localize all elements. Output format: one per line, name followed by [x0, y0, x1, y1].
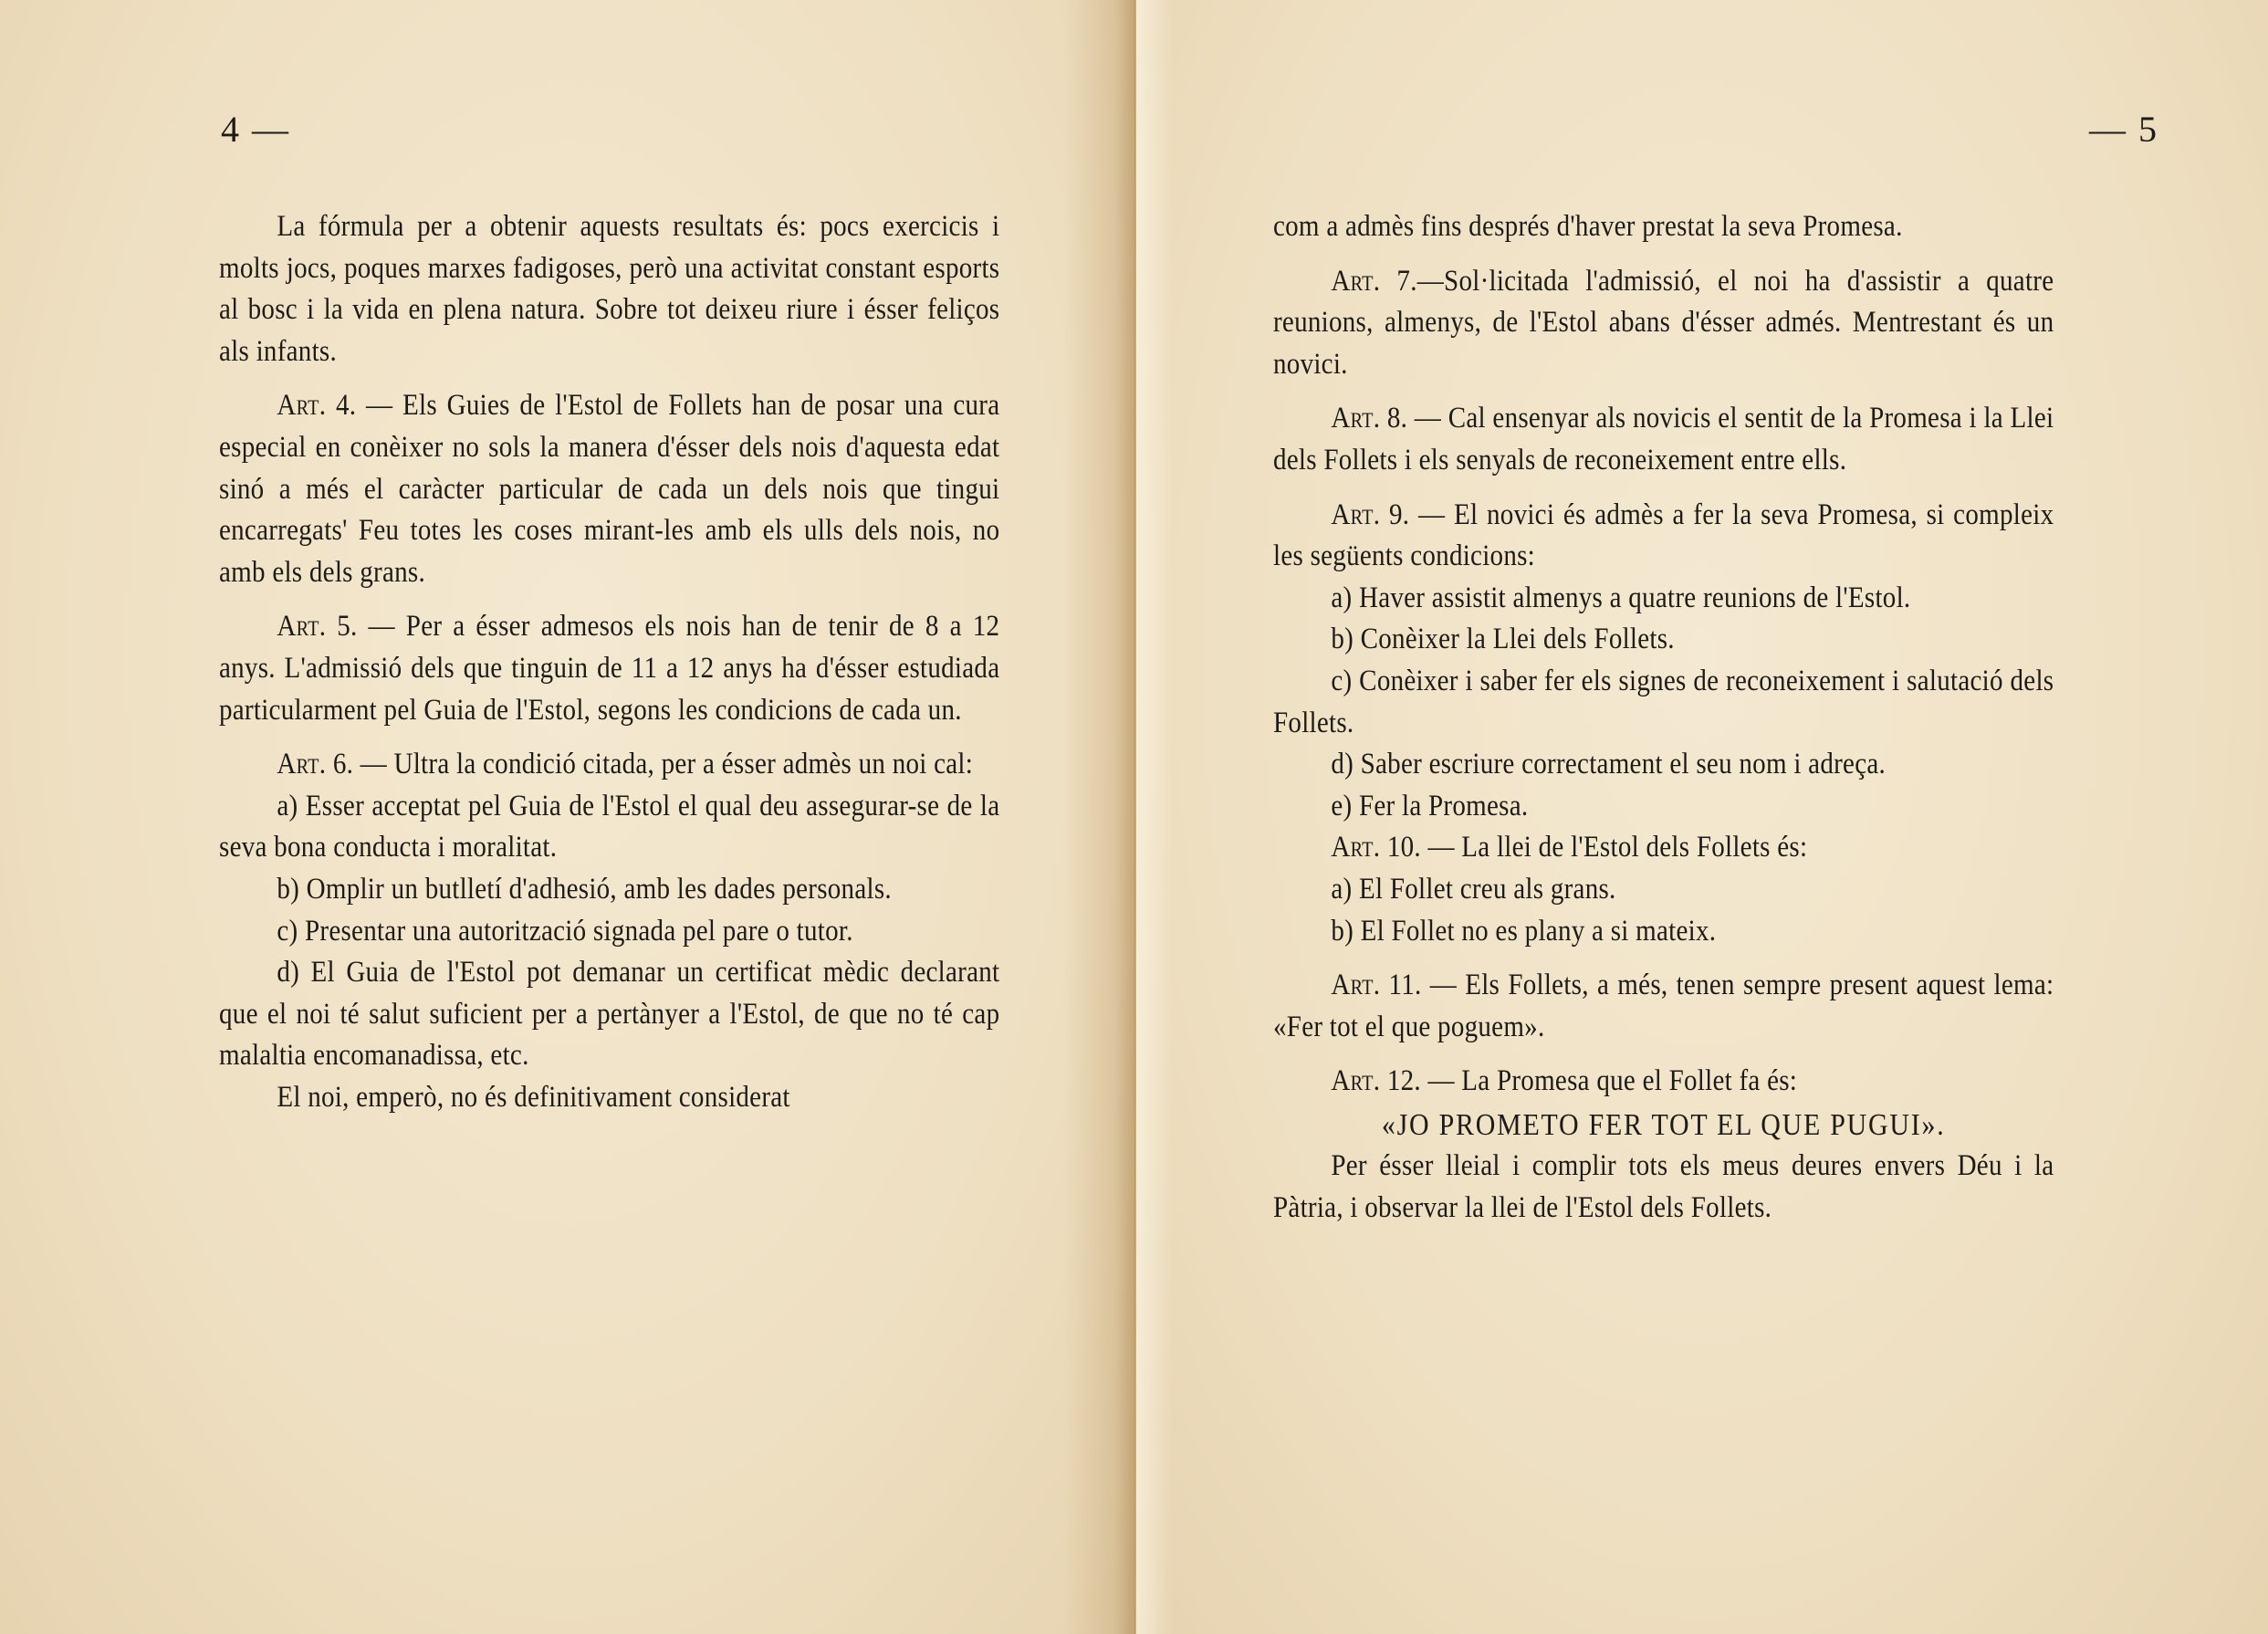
article-9-item-c: c) Conèixer i saber fer els signes de re…: [1273, 661, 2054, 744]
article-11: Art. 11. — Els Follets, a més, tenen sem…: [1273, 965, 2054, 1048]
article-6-item-b: b) Omplir un butlletí d'adhesió, amb les…: [219, 869, 999, 911]
article-4: Art. 4. — Els Guies de l'Estol de Follet…: [219, 385, 999, 593]
right-page: — 5 com a admès fins després d'haver pre…: [1136, 0, 2268, 1634]
closing-paragraph: Per ésser lleial i complir tots els meus…: [1273, 1146, 2054, 1229]
article-10: Art. 10. — La llei de l'Estol dels Folle…: [1273, 827, 2054, 869]
article-7: Art. 7.—Sol·licitada l'admissió, el noi …: [1273, 261, 2054, 386]
page-number-right: — 5: [2089, 108, 2158, 151]
left-page: 4 — La fórmula per a obtenir aquests res…: [0, 0, 1136, 1634]
article-8: Art. 8. — Cal ensenyar als novicis el se…: [1273, 398, 2054, 481]
continued-paragraph: com a admès fins després d'haver prestat…: [1273, 206, 2054, 248]
article-10-item-b: b) El Follet no es plany a si mateix.: [1273, 911, 2054, 953]
promise-statement: «JO PROMETO FER TOT EL QUE PUGUI».: [1273, 1105, 2054, 1147]
spine-highlight: [1136, 0, 1173, 1634]
article-9-item-a: a) Haver assistit almenys a quatre reuni…: [1273, 578, 2054, 620]
continuation-paragraph: El noi, emperò, no és definitivament con…: [219, 1077, 999, 1119]
article-10-item-a: a) El Follet creu als grans.: [1273, 869, 2054, 911]
article-6-item-a: a) Esser acceptat pel Guia de l'Estol el…: [219, 786, 999, 869]
article-9: Art. 9. — El novici és admès a fer la se…: [1273, 495, 2054, 578]
intro-paragraph: La fórmula per a obtenir aquests resulta…: [219, 206, 999, 372]
article-5: Art. 5. — Per a ésser admesos els nois h…: [219, 606, 999, 731]
article-6: Art. 6. — Ultra la condició citada, per …: [219, 744, 999, 786]
article-9-item-b: b) Conèixer la Llei dels Follets.: [1273, 619, 2054, 661]
article-6-item-d: d) El Guia de l'Estol pot demanar un cer…: [219, 952, 999, 1077]
left-page-body: La fórmula per a obtenir aquests resulta…: [219, 206, 999, 1118]
right-page-body: com a admès fins després d'haver prestat…: [1273, 206, 2054, 1230]
article-12: Art. 12. — La Promesa que el Follet fa é…: [1273, 1061, 2054, 1103]
article-9-item-e: e) Fer la Promesa.: [1273, 786, 2054, 828]
spine-shadow: [1063, 0, 1136, 1634]
page-number-left: 4 —: [221, 108, 290, 151]
article-6-item-c: c) Presentar una autorització signada pe…: [219, 911, 999, 953]
article-9-item-d: d) Saber escriure correctament el seu no…: [1273, 744, 2054, 786]
